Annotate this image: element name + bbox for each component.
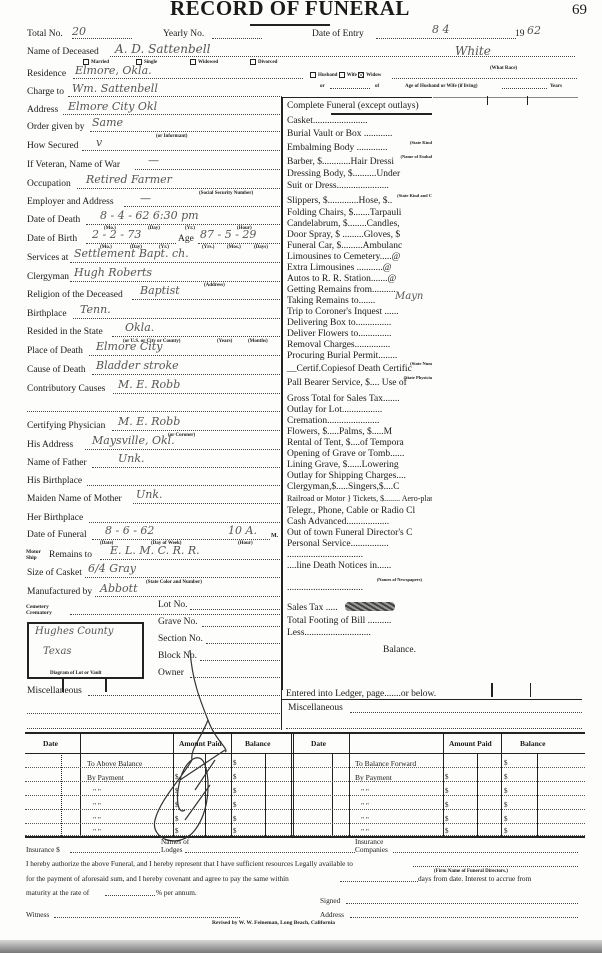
clergyman-line xyxy=(70,281,280,282)
her-birthplace-line[interactable] xyxy=(89,522,280,523)
father-label: Name of Father xyxy=(27,458,87,469)
misc-right-line-1[interactable] xyxy=(350,712,582,713)
clergyman-label: Clergyman xyxy=(27,272,69,283)
ledger-left-col-4 xyxy=(291,733,292,836)
date-birth-label: Date of Birth xyxy=(27,234,77,245)
her-birthplace-label: Her Birthplace xyxy=(27,513,83,524)
spouse-of: of xyxy=(375,84,379,89)
lodges-line[interactable] xyxy=(185,852,355,853)
ledger-entry-rule xyxy=(282,699,582,700)
charge-gross-total[interactable]: Gross Total for Sales Tax....... xyxy=(287,394,400,405)
ledger-right-line-1[interactable] xyxy=(293,767,585,768)
resided-note-months: (Months) xyxy=(248,339,268,344)
manufactured-label: Manufactured by xyxy=(27,587,92,598)
embalming-note: (State Kind xyxy=(410,140,432,145)
resided-value[interactable]: Okla. xyxy=(125,321,154,334)
charge-extra-limousines[interactable]: Extra Limousines ...........@ xyxy=(287,263,392,274)
page-number: 69 xyxy=(572,2,587,19)
charge-cremation[interactable]: Cremation...................... xyxy=(287,416,379,427)
address-footer-label: Address xyxy=(320,910,344,919)
charge-to-value[interactable]: Wm. Sattenbell xyxy=(72,82,158,95)
date-entry-line xyxy=(376,38,516,39)
total-no-line xyxy=(72,38,132,39)
misc-right-line-2[interactable] xyxy=(286,728,582,729)
charge-coroner[interactable]: Trip to Coroner's Inquest ...... xyxy=(287,307,399,318)
insurance-line[interactable] xyxy=(70,852,160,853)
yearly-no-line[interactable] xyxy=(212,38,262,39)
ledger-bottom-rule xyxy=(25,836,585,838)
religion-line xyxy=(132,299,280,300)
date-death-value[interactable]: 8 - 4 - 62 6:30 pm xyxy=(100,209,199,222)
date-birth-line xyxy=(86,243,176,244)
ledger-right-amt-dollar-2: $ xyxy=(445,773,449,781)
contributory-label: Contributory Causes xyxy=(27,384,105,395)
charge-candelabrum[interactable]: Candelabrum, $........Candles, xyxy=(287,219,400,230)
veteran-value[interactable]: — xyxy=(148,154,159,167)
ledger-right-amt-dollar-5: $ xyxy=(445,815,449,823)
charge-total-footing[interactable]: Total Footing of Bill .......... xyxy=(287,616,391,627)
handwritten-scribble xyxy=(120,640,230,850)
residence-line xyxy=(73,78,303,79)
charge-cash-advanced[interactable]: Cash Advanced.................. xyxy=(287,517,389,528)
charge-deliver-flowers[interactable]: Deliver Flowers to.............. xyxy=(287,329,392,340)
widowed-checkbox[interactable] xyxy=(190,59,196,65)
divorced-checkbox[interactable] xyxy=(250,59,256,65)
place-death-line xyxy=(89,355,280,356)
age-spouse-line[interactable] xyxy=(502,88,547,89)
birth-note-yrs: (Yrs.) xyxy=(202,245,214,250)
wife-checkbox[interactable] xyxy=(339,72,345,78)
death-note-day: (Day) xyxy=(148,226,160,231)
spouse-options: Husband Wife Widow xyxy=(310,72,381,78)
certificates-note: (State Num xyxy=(410,361,432,366)
remains-value[interactable]: E. L. M. C. R. R. xyxy=(110,544,200,557)
ledger-left-bal-dollar-1: $ xyxy=(233,759,237,767)
charge-limousines[interactable]: Limousines to Cemetery.....@ xyxy=(287,252,400,263)
widow-checkbox-checked[interactable] xyxy=(358,72,364,78)
charge-outlay-lot[interactable]: Outlay for Lot................. xyxy=(287,405,382,416)
services-value[interactable]: Settlement Bapt. ch. xyxy=(74,247,189,260)
charge-getting-remains[interactable]: Getting Remains from.......... xyxy=(287,285,396,296)
charge-complete-funeral: Complete Funeral (except outlays) xyxy=(287,101,419,112)
ledger-left-bal-dollar-5: $ xyxy=(233,815,237,823)
ledger-left-bal-dollar-6: $ xyxy=(233,827,237,835)
ledger-left-date-header: Date xyxy=(43,739,58,748)
his-birthplace-label: His Birthplace xyxy=(27,476,82,487)
charge-taking-remains[interactable]: Taking Remains to....... xyxy=(287,296,375,307)
cause-value[interactable]: Bladder stroke xyxy=(96,359,179,372)
years-label: Years xyxy=(550,84,562,89)
address-line xyxy=(63,114,280,115)
casket-size-label: Size of Casket xyxy=(27,568,82,579)
ledger-right-bal-dollar-5: $ xyxy=(504,815,508,823)
resided-label: Resided in the State xyxy=(27,327,103,338)
ledger-tick-1 xyxy=(491,683,493,697)
charge-funeral-car[interactable]: Funeral Car, $.........Ambulanc xyxy=(287,241,402,252)
charge-blank-2[interactable]: ................................ xyxy=(287,583,363,594)
charge-balance[interactable]: Balance. xyxy=(383,645,416,656)
remains-label: Remains to xyxy=(49,550,92,561)
remains-line xyxy=(100,559,280,560)
motor-ship-label: Motor Ship xyxy=(26,549,44,561)
witness-line[interactable] xyxy=(54,917,240,918)
birthplace-label: Birthplace xyxy=(27,309,67,320)
services-label: Services at xyxy=(27,253,68,264)
pall-bearer-note: (State Physicia xyxy=(404,375,432,380)
resided-note-years: (Years) xyxy=(217,339,232,344)
date-entry-label: Date of Entry xyxy=(312,29,364,40)
charge-suit[interactable]: Suit or Dress...................... xyxy=(287,181,389,192)
barber-note: (Name of Embal xyxy=(401,154,433,159)
misc-right-label: Miscellaneous xyxy=(288,703,343,714)
charge-casket[interactable]: Casket....................... xyxy=(287,116,367,127)
mother-line xyxy=(133,503,280,504)
residence-label: Residence xyxy=(27,69,66,80)
employer-label: Employer and Address xyxy=(27,197,114,208)
days-line[interactable] xyxy=(340,881,418,882)
insurance-label: Insurance $ xyxy=(26,845,60,854)
death-note-yr: (Yr.) xyxy=(185,226,195,231)
charge-lining-grave[interactable]: Lining Grave, $......Lowering xyxy=(287,460,399,471)
ledger-right-amt-dollar-4: $ xyxy=(445,801,449,809)
sales-tax-scribble xyxy=(345,602,395,611)
casket-size-value[interactable]: 6/4 Gray xyxy=(88,562,136,575)
charge-removal[interactable]: Removal Charges............... xyxy=(287,340,390,351)
funeral-date-line xyxy=(92,539,270,540)
contributory-line xyxy=(113,393,280,394)
charge-dressing[interactable]: Dressing Body, $..........Under xyxy=(287,169,400,180)
resided-line xyxy=(112,336,280,337)
lot-diagram-foot-right xyxy=(105,678,107,692)
address-footer-line[interactable] xyxy=(350,917,578,918)
ledger-right-col-3 xyxy=(501,733,502,836)
charge-pall-bearer[interactable]: Pall Bearer Service, $.... Use of xyxy=(287,378,407,389)
age-line xyxy=(198,243,280,244)
ledger-right-bal-dollar-2: $ xyxy=(504,773,508,781)
status-divorced[interactable]: Divorced xyxy=(250,59,277,65)
grave-no-label: Grave No. xyxy=(158,617,198,628)
employer-line xyxy=(124,206,280,207)
ledger-right-amount-header: Amount Paid xyxy=(449,739,492,748)
charge-to-line xyxy=(68,96,282,97)
charge-blank[interactable]: ................................ xyxy=(287,550,363,561)
misc-left-label: Miscellaneous xyxy=(27,686,82,697)
charges-box-top-right xyxy=(433,97,578,98)
cemetery-line[interactable] xyxy=(70,614,280,615)
year-prefix: 19 xyxy=(515,29,525,40)
date-birth-value[interactable]: 2 - 2 - 73 xyxy=(92,228,141,241)
ledger-tick-2 xyxy=(530,683,531,697)
charge-burial-vault[interactable]: Burial Vault or Box ............ xyxy=(287,129,392,140)
date-death-line xyxy=(86,224,280,225)
slippers-note: (State Kind and C xyxy=(397,193,432,198)
funeral-date-value[interactable]: 8 - 6 - 62 xyxy=(105,524,154,537)
address-value[interactable]: Elmore City Okl xyxy=(68,100,157,113)
father-value[interactable]: Unk. xyxy=(118,452,145,465)
order-given-value[interactable]: Same xyxy=(92,116,123,129)
payment-ledger: Date Amount Paid Balance To Above Balanc… xyxy=(25,733,585,836)
funeral-hour-value[interactable]: 10 A. xyxy=(228,524,257,537)
ledger-right-col-2 xyxy=(443,733,444,836)
how-secured-line xyxy=(82,150,280,151)
ledger-right-amt-dollar-6: $ xyxy=(445,827,449,835)
days-text: days from date. Interest to accrue from xyxy=(418,874,531,883)
charge-clergyman[interactable]: Clergyman,$.....Singers,$....C xyxy=(287,482,400,493)
revised-text: Revised by W. W. Feineman, Long Beach, C… xyxy=(212,920,335,926)
religion-value[interactable]: Baptist xyxy=(140,284,180,297)
charge-sales-tax[interactable]: Sales Tax ..... xyxy=(287,603,338,614)
deceased-name-value[interactable]: A. D. Sattenbell xyxy=(115,42,210,56)
authorize-text: I hereby authorize the above Funeral, an… xyxy=(26,859,353,868)
ledger-right-line-2[interactable] xyxy=(293,781,585,782)
charges-section: Complete Funeral (except outlays) Casket… xyxy=(282,97,432,690)
charge-delivering-box[interactable]: Delivering Box to............... xyxy=(287,318,391,329)
date-death-label: Date of Death xyxy=(27,215,80,226)
occupation-line xyxy=(77,188,280,189)
his-address-label: His Address xyxy=(27,440,73,451)
age-spouse-label: Age of Husband or Wife (if living) xyxy=(405,84,478,89)
lot-no-label: Lot No. xyxy=(158,600,188,611)
ledger-right-bal-dollar-6: $ xyxy=(504,827,508,835)
ledger-right-line-3[interactable] xyxy=(293,795,585,796)
ledger-left-balance-header: Balance xyxy=(245,739,270,748)
contributory-value[interactable]: M. E. Robb xyxy=(118,378,180,391)
firm-name-line[interactable] xyxy=(413,866,578,867)
ledger-right-bal-dollar-3: $ xyxy=(504,787,508,795)
ledger-left-col-3 xyxy=(231,733,232,836)
status-widowed[interactable]: Widowed xyxy=(190,59,218,65)
grave-no-line[interactable] xyxy=(202,626,280,627)
charge-autos-rr[interactable]: Autos to R. R. Station.......@ xyxy=(287,274,396,285)
deceased-name-label: Name of Deceased xyxy=(27,47,99,58)
total-no-value[interactable]: 20 xyxy=(72,25,86,38)
taking-remains-value[interactable]: Mayn xyxy=(395,291,423,302)
mother-value[interactable]: Unk. xyxy=(136,488,163,501)
physician-line xyxy=(112,430,280,431)
signed-label: Signed xyxy=(320,896,340,905)
his-birthplace-line[interactable] xyxy=(87,485,280,486)
religion-label: Religion of the Deceased xyxy=(27,290,123,301)
cause-label: Cause of Death xyxy=(27,365,86,376)
ledger-left-bal-dollar-3: $ xyxy=(233,787,237,795)
his-address-line xyxy=(85,449,280,450)
charge-barber[interactable]: Barber, $............Hair Dressi xyxy=(287,157,394,168)
spouse-line xyxy=(392,78,577,79)
birth-note-mos: (Mos.) xyxy=(227,245,241,250)
ledger-right-balance-header: Balance xyxy=(520,739,545,748)
ledger-right-line-5[interactable] xyxy=(293,823,585,824)
employer-value[interactable]: — xyxy=(140,192,151,205)
birthplace-line xyxy=(73,318,280,319)
age-label: Age xyxy=(178,234,194,245)
casket-note: (State Color and Number) xyxy=(146,580,202,585)
physician-label: Certifying Physician xyxy=(27,421,105,432)
charge-tent[interactable]: Rental of Tent, $....of Tempora xyxy=(287,438,404,449)
charge-flowers[interactable]: Flowers, $.....Palms, $.....M xyxy=(287,427,392,438)
funeral-record-page: RECORD OF FUNERAL 69 Total No. 20 Yearly… xyxy=(0,0,602,953)
lot-no-line[interactable] xyxy=(190,609,280,610)
how-secured-label: How Secured xyxy=(27,141,78,152)
ledger-left-bal-dollar-2: $ xyxy=(233,773,237,781)
occupation-label: Occupation xyxy=(27,179,71,190)
ledger-right-col-1 xyxy=(349,733,350,836)
race-value[interactable]: White xyxy=(455,44,491,58)
ledger-right-amt-dollar-3: $ xyxy=(445,787,449,795)
race-note: (What Race) xyxy=(490,66,517,71)
address-label: Address xyxy=(27,105,58,116)
how-secured-value[interactable]: v xyxy=(96,136,102,149)
charge-death-notices[interactable]: ....line Death Notices in...... xyxy=(287,561,391,572)
casket-size-line xyxy=(85,577,280,578)
husband-checkbox[interactable] xyxy=(310,72,316,78)
maturity-text: maturity at the rate of xyxy=(26,888,89,897)
funeral-m: M. xyxy=(271,533,278,539)
title-underline xyxy=(250,24,330,26)
yearly-no-label: Yearly No. xyxy=(163,29,204,40)
charge-burial-permit[interactable]: Procuring Burial Permit........ xyxy=(287,351,397,362)
charge-tickets[interactable]: Railroad or Motor } Tickets, $........ A… xyxy=(287,493,432,504)
contributory-line-2[interactable] xyxy=(27,411,280,412)
place-death-value[interactable]: Elmore City xyxy=(96,340,162,353)
companies-line[interactable] xyxy=(393,852,578,853)
scan-edge xyxy=(0,940,602,953)
ledger-right-date-header: Date xyxy=(311,739,326,748)
funeral-date-label: Date of Funeral xyxy=(27,530,87,541)
witness-label: Witness xyxy=(26,910,49,919)
page-title: RECORD OF FUNERAL xyxy=(170,0,410,21)
year-value[interactable]: 62 xyxy=(527,24,541,37)
lot-diagram-text-2: Texas xyxy=(43,646,72,657)
date-entry-value[interactable]: 8 4 xyxy=(432,23,450,36)
spouse-or-line xyxy=(330,88,370,89)
charge-personal-service[interactable]: Personal Service................ xyxy=(287,539,389,550)
rate-line[interactable] xyxy=(105,895,155,896)
charge-death-certificates[interactable]: __Certif.Copiesof Death Certific xyxy=(287,364,412,375)
spouse-or: or xyxy=(320,84,325,89)
his-address-value[interactable]: Maysville, Okl. xyxy=(92,434,175,447)
birth-note-days: (Days) xyxy=(254,245,268,250)
amount-col-tick-1 xyxy=(487,96,488,105)
birthplace-value[interactable]: Tenn. xyxy=(80,303,111,316)
charge-telegr[interactable]: Telegr., Phone, Cable or Radio Cl xyxy=(287,506,415,517)
manufactured-value[interactable]: Abbott xyxy=(100,582,138,595)
mother-label: Maiden Name of Mother xyxy=(27,494,122,505)
ledger-right-bal-dollar-4: $ xyxy=(504,801,508,809)
funeral-note-hour: (Hour) xyxy=(238,541,253,546)
percent-text: % per annum. xyxy=(156,888,197,897)
ledger-right-header-rule xyxy=(293,753,585,754)
services-line xyxy=(70,262,280,263)
charge-slippers[interactable]: Slippers, $.............Hose, $.. xyxy=(287,196,392,207)
place-death-label: Place of Death xyxy=(27,346,83,357)
ledger-divider xyxy=(293,733,294,836)
charge-folding-chairs[interactable]: Folding Chairs, $.......Tarpauli xyxy=(287,208,401,219)
veteran-label: If Veteran, Name of War xyxy=(27,160,120,171)
occupation-value[interactable]: Retired Farmer xyxy=(86,173,172,186)
ssn-note: (Social Security Number) xyxy=(199,191,253,196)
charge-door-spray[interactable]: Door Spray, $ .........Gloves, $ xyxy=(287,230,400,241)
manufactured-line xyxy=(95,596,280,597)
lot-diagram-caption: Diagram of Lot or Vault xyxy=(50,671,102,676)
charge-out-of-town[interactable]: Out of town Funeral Director's C xyxy=(287,528,412,539)
charge-less[interactable]: Less............................ xyxy=(287,628,371,639)
order-note: (or Informant) xyxy=(156,134,187,139)
signed-line[interactable] xyxy=(346,903,578,904)
physician-value[interactable]: M. E. Robb xyxy=(118,415,180,428)
charge-to-label: Charge to xyxy=(27,87,64,98)
amount-col-tick-2 xyxy=(527,96,528,105)
complete-funeral-underline xyxy=(331,113,432,115)
veteran-line xyxy=(135,169,280,170)
cemetery-label: Cemetery Crematory xyxy=(26,604,60,616)
cause-line xyxy=(92,374,280,375)
covenant-text: for the payment of aforesaid sum, and I … xyxy=(26,874,289,883)
charge-shipping[interactable]: Outlay for Shipping Charges.... xyxy=(287,471,406,482)
total-no-label: Total No. xyxy=(27,29,63,40)
deceased-name-line xyxy=(110,56,575,57)
lot-diagram-text-1: Hughes County xyxy=(35,626,113,637)
order-given-label: Order given by xyxy=(27,122,85,133)
residence-value[interactable]: Elmore, Okla. xyxy=(75,64,152,77)
charge-embalming[interactable]: Embalming Body ............. xyxy=(287,143,388,154)
ledger-left-bal-dollar-4: $ xyxy=(233,801,237,809)
clergyman-value[interactable]: Hugh Roberts xyxy=(74,266,152,279)
age-value[interactable]: 87 - 5 - 29 xyxy=(200,228,256,241)
newspapers-note: (Names of Newspapers) xyxy=(377,577,422,582)
ledger-right-line-4[interactable] xyxy=(293,809,585,810)
address-note: (Address) xyxy=(204,283,225,288)
father-line xyxy=(92,467,280,468)
ledger-right-bal-dollar-1: $ xyxy=(504,759,508,767)
order-given-line xyxy=(90,131,280,132)
charge-opening-grave[interactable]: Opening of Grave or Tomb...... xyxy=(287,449,404,460)
ledger-left-col-1 xyxy=(80,733,81,836)
